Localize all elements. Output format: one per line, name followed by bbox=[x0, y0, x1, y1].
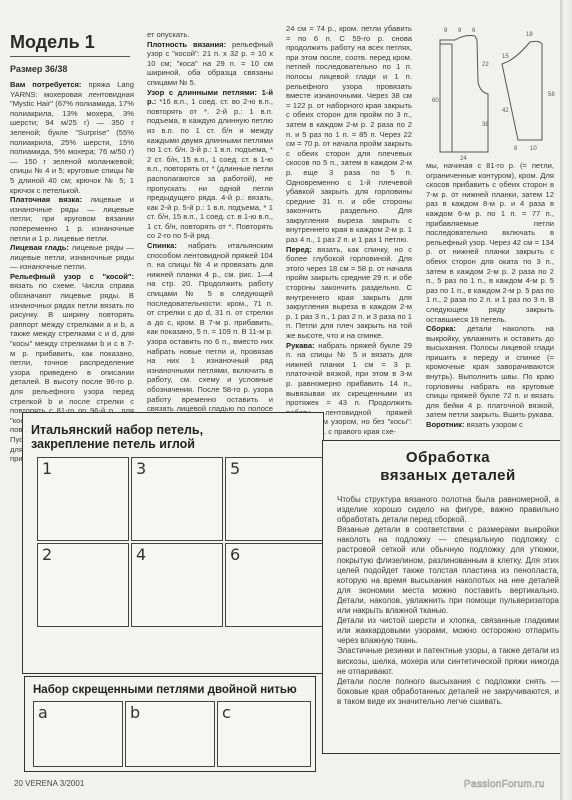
garment-schematic: 9 9 6 60 22 38 24 18 15 42 58 8 10 bbox=[430, 22, 560, 160]
text-column-2: ет опускать.Плотность вязания: рельефный… bbox=[147, 30, 273, 443]
svg-text:42: 42 bbox=[502, 108, 509, 114]
paragraph: Вязаные детали в соответствии с размерам… bbox=[337, 525, 559, 616]
text-column-1: Вам потребуется: пряжа Lang YARNS: мохер… bbox=[10, 80, 134, 464]
paragraph-label: Спинка: bbox=[147, 241, 177, 250]
paragraph-label: Вам потребуется: bbox=[10, 80, 81, 89]
treatment-box: Обработка вязаных деталей Чтобы структур… bbox=[322, 440, 572, 754]
paragraph-label: Перед: bbox=[286, 245, 312, 254]
magazine-page: Модель 1 Размер 36/38 Вам потребуется: п… bbox=[0, 0, 560, 800]
figure-6: 6 bbox=[225, 543, 325, 627]
svg-text:15: 15 bbox=[502, 54, 509, 60]
italian-cast-on-box: Итальянский набор петель, закрепление пе… bbox=[22, 412, 324, 674]
svg-text:38: 38 bbox=[482, 122, 489, 128]
paragraph: Платочная вязка: лицевые и изнаночные ря… bbox=[10, 195, 134, 243]
svg-text:24: 24 bbox=[460, 156, 467, 160]
paragraph-label: Плотность вязания: bbox=[147, 40, 226, 49]
paragraph-label: Лицевая гладь: bbox=[10, 243, 69, 252]
paragraph: Чтобы структура вязаного полотна была ра… bbox=[337, 495, 559, 525]
svg-text:9: 9 bbox=[444, 28, 448, 34]
figure-4: 4 bbox=[131, 543, 223, 627]
figure-1: 1 bbox=[37, 457, 129, 541]
paragraph: Детали после полного высыхания с подложк… bbox=[337, 677, 559, 707]
paragraph: мы, начиная с 81-го р. (= петли, огранич… bbox=[426, 161, 554, 324]
text-column-3: 24 см = 74 р., кром. петли убавить = по … bbox=[286, 24, 412, 437]
svg-text:9: 9 bbox=[458, 28, 462, 34]
figure-5: 5 bbox=[225, 457, 325, 541]
paragraph: Перед: вязать, как спинку, но с более гл… bbox=[286, 245, 412, 341]
treatment-text: Чтобы структура вязаного полотна была ра… bbox=[337, 495, 559, 707]
figure-a: a bbox=[33, 701, 123, 767]
figure-b: b bbox=[125, 701, 215, 767]
svg-text:18: 18 bbox=[526, 32, 533, 38]
paragraph-label: Воротник: bbox=[426, 420, 465, 429]
paragraph: ет опускать. bbox=[147, 30, 273, 40]
svg-text:6: 6 bbox=[472, 28, 476, 34]
paragraph: Эластичные резинки и патентные узоры, а … bbox=[337, 646, 559, 676]
paragraph-label: Рукава: bbox=[286, 341, 315, 350]
box-title-line2: закрепление петель иглой bbox=[31, 437, 195, 451]
paragraph: Вам потребуется: пряжа Lang YARNS: мохер… bbox=[10, 80, 134, 195]
size-label: Размер 36/38 bbox=[10, 64, 67, 74]
text-column-4: мы, начиная с 81-го р. (= петли, огранич… bbox=[426, 161, 554, 430]
paragraph: Узор с длинными петлями: 1-й р.: *16 в.п… bbox=[147, 88, 273, 242]
paragraph-label: Рельефный узор с "косой": bbox=[10, 272, 134, 281]
figure-3: 3 bbox=[131, 457, 223, 541]
paragraph: Лицевая гладь: лицевые ряды — лицевые пе… bbox=[10, 243, 134, 272]
paragraph-label: Платочная вязка: bbox=[10, 195, 82, 204]
figure-2: 2 bbox=[37, 543, 129, 627]
paragraph: Воротник: вязать узором с bbox=[426, 420, 554, 430]
paragraph-label: Сборка: bbox=[426, 324, 456, 333]
svg-text:60: 60 bbox=[432, 98, 439, 104]
paragraph: Сборка: детали наколоть на выкройку, увл… bbox=[426, 324, 554, 420]
box-title-line1: Итальянский набор петель, bbox=[31, 423, 203, 437]
paragraph: Плотность вязания: рельефный узор с "кос… bbox=[147, 40, 273, 88]
box-title: Набор скрещенными петлями двойной нитью bbox=[33, 683, 297, 697]
page-title: Модель 1 bbox=[10, 32, 95, 53]
svg-text:22: 22 bbox=[482, 62, 489, 68]
paragraph-label: Узор с длинными петлями: 1-й р.: bbox=[147, 88, 273, 107]
title-divider bbox=[10, 56, 130, 57]
paragraph: 24 см = 74 р., кром. петли убавить = по … bbox=[286, 24, 412, 245]
svg-text:8: 8 bbox=[514, 146, 518, 152]
svg-text:58: 58 bbox=[548, 92, 555, 98]
svg-text:10: 10 bbox=[530, 146, 537, 152]
page-spine bbox=[560, 0, 572, 800]
crossed-cast-on-box: Набор скрещенными петлями двойной нитью … bbox=[24, 676, 316, 772]
watermark: PassionForum.ru bbox=[464, 779, 545, 790]
box-title-line1: Обработка bbox=[323, 449, 572, 466]
figure-c: c bbox=[217, 701, 311, 767]
paragraph: Детали из чистой шерсти и хлопка, связан… bbox=[337, 616, 559, 646]
box-title-line2: вязаных деталей bbox=[323, 467, 572, 484]
page-footer: 20 VERENA 3/2001 bbox=[14, 779, 84, 788]
